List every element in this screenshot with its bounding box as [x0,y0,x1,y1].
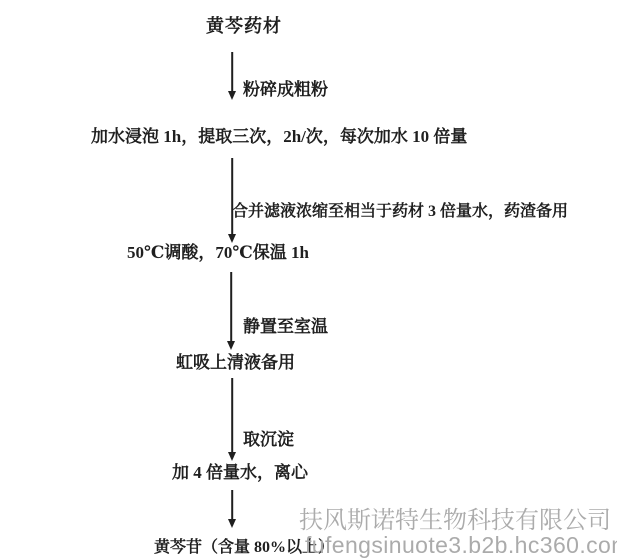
arrow-head-icon [228,234,236,243]
flowchart-page: 黄芩药材 粉碎成粗粉 加水浸泡 1h，提取三次，2h/次，每次加水 10 倍量 … [0,0,617,560]
down-arrow-5 [227,490,237,528]
flow-node-material: 黄芩药材 [206,16,282,36]
arrow-label-precipitate: 取沉淀 [243,430,294,450]
arrow-shaft [230,272,232,342]
arrow-shaft [231,378,233,453]
down-arrow-1 [227,52,237,100]
arrow-label-crush: 粉碎成粗粉 [243,80,328,100]
down-arrow-3 [226,272,236,350]
arrow-head-icon [228,519,236,528]
down-arrow-2 [227,158,237,243]
arrow-shaft [231,158,233,235]
flow-node-centrifuge: 加 4 倍量水，离心 [172,463,308,483]
flow-node-acidify: 50℃调酸，70℃保温 1h [127,243,309,263]
down-arrow-4 [227,378,237,461]
watermark-company-name: 扶风斯诺特生物科技有限公司 [299,508,611,534]
arrow-shaft [231,52,233,92]
arrow-head-icon [228,452,236,461]
arrow-label-concentrate: 合并滤液浓缩至相当于药材 3 倍量水，药渣备用 [232,202,568,222]
arrow-head-icon [228,91,236,100]
arrow-label-settle: 静置至室温 [243,317,328,337]
flow-node-extraction: 加水浸泡 1h，提取三次，2h/次，每次加水 10 倍量 [91,127,467,147]
arrow-shaft [231,490,233,520]
flow-node-siphon: 虹吸上清液备用 [176,353,295,373]
arrow-head-icon [227,341,235,350]
watermark-site-url: fufengsinuote3.b2b.hc360.com [305,533,617,558]
